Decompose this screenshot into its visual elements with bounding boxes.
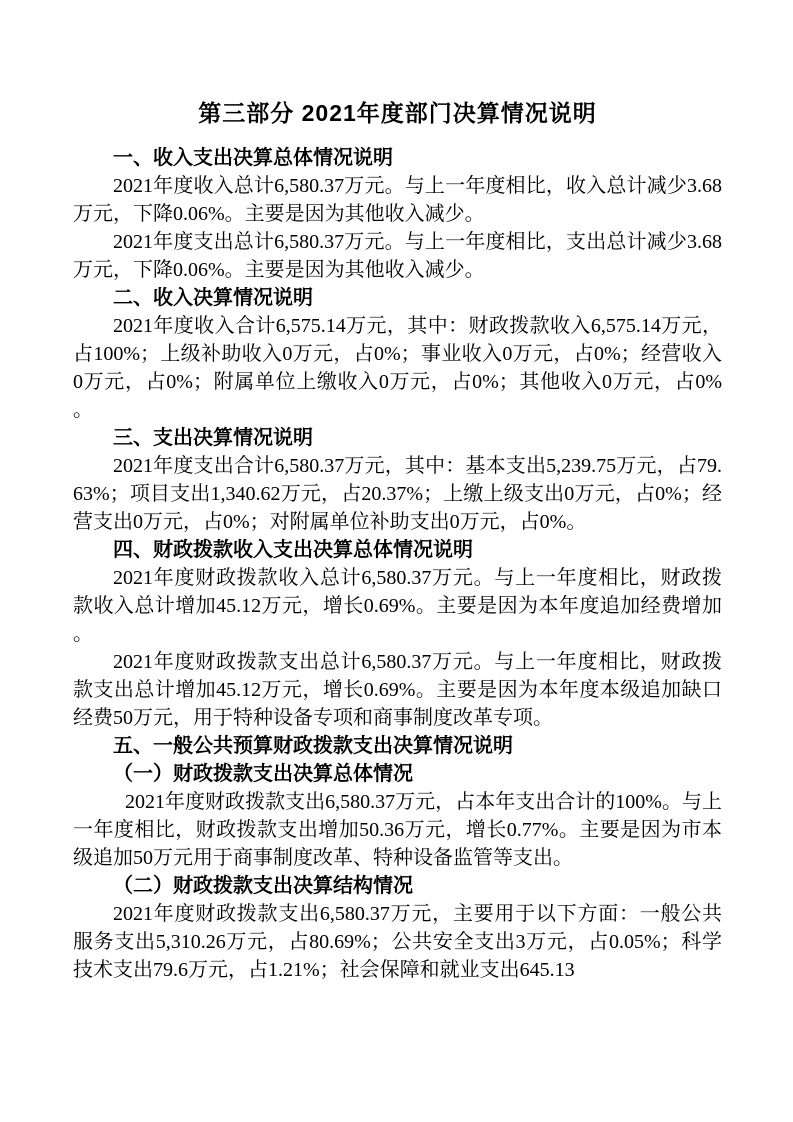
section-heading-5: 五、一般公共预算财政拨款支出决算情况说明 [73, 732, 722, 760]
section-3-paragraph-1: 2021年度支出合计6,580.37万元，其中：基本支出5,239.75万元，占… [73, 452, 722, 536]
section-2-paragraph-1: 2021年度收入合计6,575.14万元，其中：财政拨款收入6,575.14万元… [73, 312, 722, 424]
document-page: 第三部分 2021年度部门决算情况说明 一、收入支出决算总体情况说明 2021年… [0, 0, 793, 1122]
subsection-5-2-paragraph-1: 2021年度财政拨款支出6,580.37万元，主要用于以下方面：一般公共服务支出… [73, 900, 722, 984]
section-heading-2: 二、收入决算情况说明 [73, 284, 722, 312]
section-1-paragraph-1: 2021年度收入总计6,580.37万元。与上一年度相比，收入总计减少3.68万… [73, 172, 722, 228]
section-4-paragraph-2: 2021年度财政拨款支出总计6,580.37万元。与上一年度相比，财政拨款支出总… [73, 648, 722, 732]
document-title: 第三部分 2021年度部门决算情况说明 [73, 96, 722, 130]
subsection-heading-5-1: （一）财政拨款支出决算总体情况 [73, 760, 722, 788]
section-heading-4: 四、财政拨款收入支出决算总体情况说明 [73, 536, 722, 564]
subsection-5-1-paragraph-1: 2021年度财政拨款支出6,580.37万元，占本年支出合计的100%。与上一年… [73, 788, 722, 872]
section-4-paragraph-1: 2021年度财政拨款收入总计6,580.37万元。与上一年度相比，财政拨款收入总… [73, 564, 722, 648]
section-heading-3: 三、支出决算情况说明 [73, 424, 722, 452]
section-heading-1: 一、收入支出决算总体情况说明 [73, 144, 722, 172]
subsection-heading-5-2: （二）财政拨款支出决算结构情况 [73, 872, 722, 900]
section-1-paragraph-2: 2021年度支出总计6,580.37万元。与上一年度相比，支出总计减少3.68万… [73, 228, 722, 284]
